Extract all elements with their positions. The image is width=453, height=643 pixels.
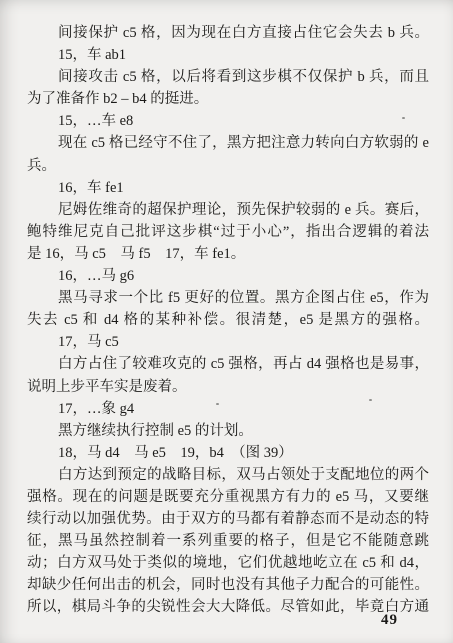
text-line: 17，马 c5 [27, 331, 429, 353]
text-line: 所以，棋局斗争的尖锐性会大大降低。尽管如此，毕竟白方通 [27, 596, 429, 618]
text-line: 动；白方双马处于类似的境地，它们优越地屹立在 c5 和 d4， [27, 552, 429, 574]
page-number: 49 [381, 612, 398, 629]
scan-speck [369, 399, 372, 401]
text-line: 续行动以加强优势。由于双方的马都有着静态而不是动态的特 [27, 508, 429, 530]
text-line: 征，黑马虽然控制着一系列重要的格子，但是它不能随意跳 [27, 530, 429, 552]
text-line: 尼姆佐维奇的超保护理论，预先保护较弱的 e 兵。赛后， [27, 199, 429, 221]
text-line: 兵。 [27, 155, 429, 177]
text-line: 鲍特维尼克自己批评这步棋“过于小心”，指出合逻辑的着法 [27, 221, 429, 243]
text-line: 为了准备作 b2 – b4 的挺进。 [27, 88, 429, 110]
scan-speck [216, 403, 219, 405]
text-line: 15，…车 e8 [27, 110, 429, 132]
text-line: 现在 c5 格已经守不住了，黑方把注意力转向白方软弱的 e [27, 132, 429, 154]
text-line: 16，…马 g6 [27, 265, 429, 287]
text-line: 18，马 d4 马 e5 19，b4 （图 39） [27, 442, 429, 464]
text-line: 16，车 fe1 [27, 177, 429, 199]
scan-speck [402, 117, 405, 119]
text-line: 白方达到预定的战略目标，双马占领处于支配地位的两个 [27, 464, 429, 486]
text-line: 白方占住了较难攻克的 c5 强格，再占 d4 强格也是易事， [27, 353, 429, 375]
book-page: 间接保护 c5 格，因为现在白方直接占住它会失去 b 兵。15，车 ab1间接攻… [0, 0, 453, 643]
text-line: 是 16，马 c5 马 f5 17，车 fe1。 [27, 243, 429, 265]
text-line: 黑方继续执行控制 e5 的计划。 [27, 420, 429, 442]
text-line: 失去 c5 和 d4 格的某种补偿。很清楚，e5 是黑方的强格。 [27, 309, 429, 331]
text-line: 15，车 ab1 [27, 44, 429, 66]
text-line: 间接攻击 c5 格，以后将看到这步棋不仅保护 b 兵，而且 [27, 66, 429, 88]
text-block: 间接保护 c5 格，因为现在白方直接占住它会失去 b 兵。15，车 ab1间接攻… [27, 22, 429, 619]
text-line: 说明上步平车实是废着。 [27, 376, 429, 398]
text-line: 却缺少任何出击的机会，同时也没有其他子力配合的可能性。 [27, 574, 429, 596]
text-line: 间接保护 c5 格，因为现在白方直接占住它会失去 b 兵。 [27, 22, 429, 44]
text-line: 17，…象 g4 [27, 398, 429, 420]
text-line: 强格。现在的问题是既要充分重视黑方有力的 e5 马，又要继 [27, 486, 429, 508]
text-line: 黑马寻求一个比 f5 更好的位置。黑方企图占住 e5，作为 [27, 287, 429, 309]
